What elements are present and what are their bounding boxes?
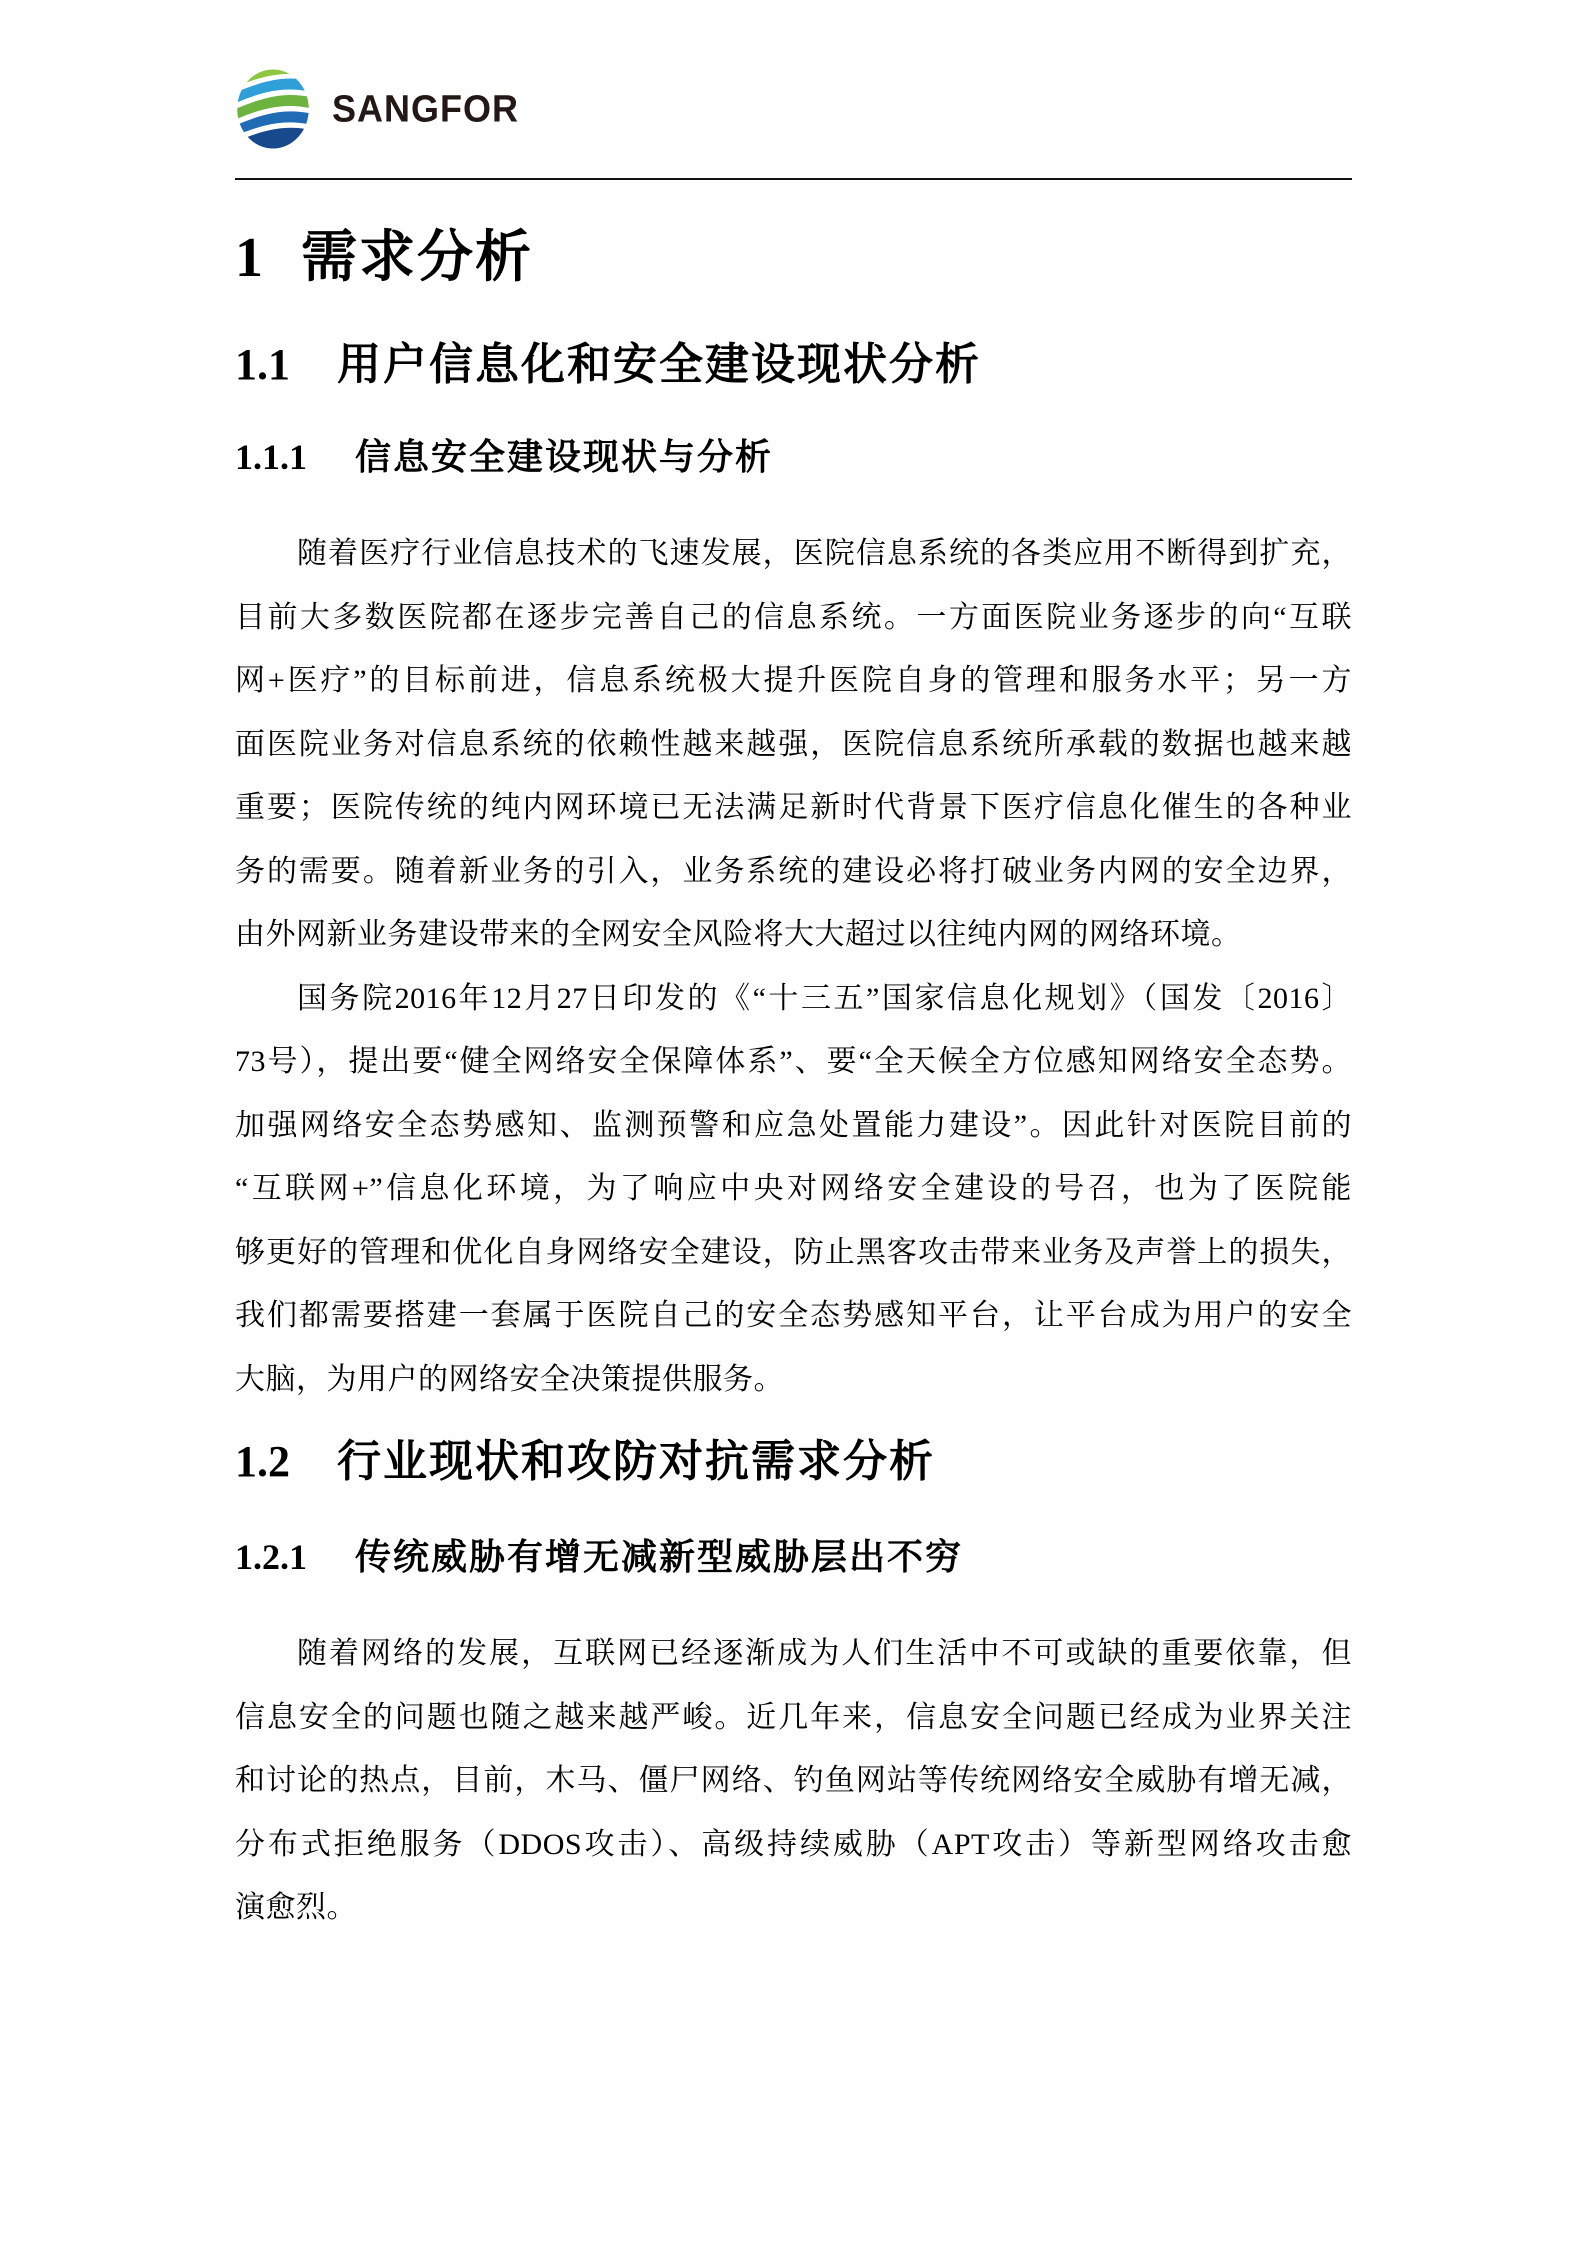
paragraph: 随着网络的发展，互联网已经逐渐成为人们生活中不可或缺的重要依靠，但 信息安全的问…	[235, 1622, 1352, 1940]
header-divider	[235, 178, 1352, 180]
paragraph-line: 务的需要。随着新业务的引入，业务系统的建设必将打破业务内网的安全边界，	[235, 840, 1352, 904]
section-number: 1.2	[235, 1437, 290, 1486]
paragraph: 随着医疗行业信息技术的飞速发展，医院信息系统的各类应用不断得到扩充， 目前大多数…	[235, 522, 1352, 967]
subsection-heading-1-1-1: 1.1.1信息安全建设现状与分析	[235, 438, 1352, 476]
paragraph-line: 随着网络的发展，互联网已经逐渐成为人们生活中不可或缺的重要依靠，但	[235, 1622, 1352, 1686]
paragraph-line: 演愈烈。	[235, 1876, 1352, 1940]
page-header: SANGFOR	[0, 0, 1586, 155]
section-heading-1-2: 1.2行业现状和攻防对抗需求分析	[235, 1439, 1352, 1485]
chapter-number: 1	[235, 227, 263, 289]
chapter-title: 需求分析	[301, 225, 533, 288]
paragraph-line: 信息安全的问题也随之越来越严峻。近几年来，信息安全问题已经成为业界关注	[235, 1686, 1352, 1750]
brand-name: SANGFOR	[332, 86, 519, 130]
paragraph-line: 和讨论的热点，目前，木马、僵尸网络、钓鱼网站等传统网络安全威胁有增无减，	[235, 1749, 1352, 1813]
subsection-title: 传统威胁有增无减新型威胁层出不穷	[355, 1536, 963, 1577]
paragraph-line: “互联网+”信息化环境，为了响应中央对网络安全建设的号召，也为了医院能	[235, 1157, 1352, 1221]
section-heading-1-1: 1.1用户信息化和安全建设现状分析	[235, 342, 1352, 388]
paragraph-line: 由外网新业务建设带来的全网安全风险将大大超过以往纯内网的网络环境。	[235, 903, 1352, 967]
section-number: 1.1	[235, 340, 290, 389]
paragraph-line: 加强网络安全态势感知、监测预警和应急处置能力建设”。因此针对医院目前的	[235, 1094, 1352, 1158]
paragraph-line: 我们都需要搭建一套属于医院自己的安全态势感知平台，让平台成为用户的安全	[235, 1284, 1352, 1348]
section-title: 行业现状和攻防对抗需求分析	[337, 1437, 935, 1486]
subsection-title: 信息安全建设现状与分析	[355, 436, 773, 477]
subsection-number: 1.1.1	[235, 437, 307, 477]
paragraph-line: 分布式拒绝服务（DDOS攻击）、高级持续威胁（APT攻击）等新型网络攻击愈	[235, 1813, 1352, 1877]
paragraph-line: 重要；医院传统的纯内网环境已无法满足新时代背景下医疗信息化催生的各种业	[235, 776, 1352, 840]
paragraph-line: 面医院业务对信息系统的依赖性越来越强，医院信息系统所承载的数据也越来越	[235, 713, 1352, 777]
sangfor-logo: SANGFOR	[235, 62, 1352, 155]
subsection-number: 1.2.1	[235, 1537, 307, 1577]
paragraph-line: 够更好的管理和优化自身网络安全建设，防止黑客攻击带来业务及声誉上的损失，	[235, 1221, 1352, 1285]
paragraph-line: 网+医疗”的目标前进，信息系统极大提升医院自身的管理和服务水平；另一方	[235, 649, 1352, 713]
paragraph-line: 大脑，为用户的网络安全决策提供服务。	[235, 1348, 1352, 1412]
document-content: 1需求分析 1.1用户信息化和安全建设现状分析 1.1.1信息安全建设现状与分析…	[0, 228, 1586, 1940]
paragraph-line: 随着医疗行业信息技术的飞速发展，医院信息系统的各类应用不断得到扩充，	[235, 522, 1352, 586]
section-title: 用户信息化和安全建设现状分析	[337, 340, 981, 389]
document-page: SANGFOR 1需求分析 1.1用户信息化和安全建设现状分析 1.1.1信息安…	[0, 0, 1586, 2245]
paragraph-line: 73号），提出要“健全网络安全保障体系”、要“全天候全方位感知网络安全态势。	[235, 1030, 1352, 1094]
subsection-heading-1-2-1: 1.2.1传统威胁有增无减新型威胁层出不穷	[235, 1538, 1352, 1576]
globe-icon	[235, 68, 311, 150]
paragraph-line: 国务院2016年12月27日印发的《“十三五”国家信息化规划》（国发〔2016〕	[235, 967, 1352, 1031]
paragraph: 国务院2016年12月27日印发的《“十三五”国家信息化规划》（国发〔2016〕…	[235, 967, 1352, 1412]
chapter-heading: 1需求分析	[235, 228, 1352, 287]
paragraph-line: 目前大多数医院都在逐步完善自己的信息系统。一方面医院业务逐步的向“互联	[235, 586, 1352, 650]
